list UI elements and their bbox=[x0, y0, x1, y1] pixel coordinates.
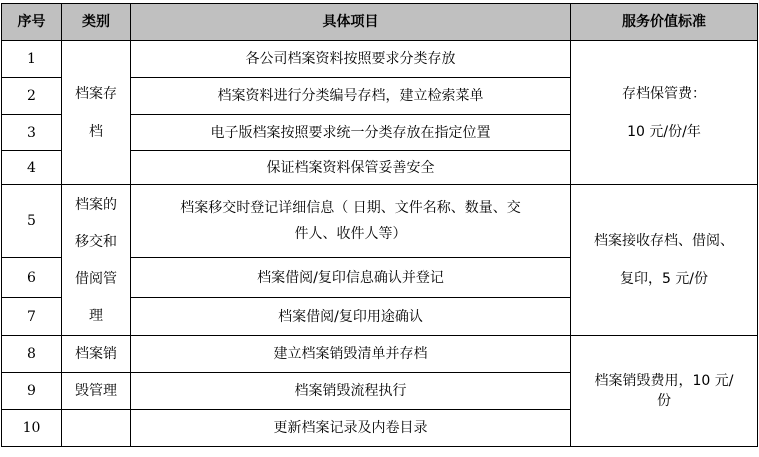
row-number: 4 bbox=[2, 151, 62, 185]
item-cell: 建立档案销毁清单并存档 bbox=[131, 336, 571, 373]
header-row: 序号 类别 具体项目 服务价值标准 bbox=[2, 4, 758, 41]
service-standards-table: 序号 类别 具体项目 服务价值标准 1 档案存 档 各公司档案资料按照要求分类存… bbox=[1, 3, 758, 447]
table-row: 8 档案销 建立档案销毁清单并存档 档案销毁费用，10 元/ 份 bbox=[2, 336, 758, 373]
row-number: 2 bbox=[2, 78, 62, 115]
category-line: 档案的 bbox=[66, 195, 126, 215]
category-line: 移交和 bbox=[66, 232, 126, 252]
standard-line: 档案接收存档、借阅、 bbox=[575, 231, 753, 251]
row-number: 1 bbox=[2, 41, 62, 78]
standard-cell-transfer-borrow: 档案接收存档、借阅、 复印，5 元/份 bbox=[571, 185, 758, 336]
standard-line: 存档保管费： bbox=[575, 84, 753, 104]
category-cell-destruction-1: 档案销 bbox=[62, 336, 131, 373]
row-number: 6 bbox=[2, 258, 62, 298]
item-cell: 档案借阅/复印信息确认并登记 bbox=[131, 258, 571, 298]
item-line: 件人、收件人等） bbox=[135, 221, 566, 247]
category-line: 借阅管 bbox=[66, 269, 126, 289]
standard-line: 10 元/份/年 bbox=[575, 122, 753, 142]
item-cell: 档案借阅/复印用途确认 bbox=[131, 298, 571, 336]
standard-cell-archiving: 存档保管费： 10 元/份/年 bbox=[571, 41, 758, 185]
item-cell: 档案移交时登记详细信息（ 日期、文件名称、数量、交 件人、收件人等） bbox=[131, 185, 571, 258]
row-number: 8 bbox=[2, 336, 62, 373]
row-number: 10 bbox=[2, 410, 62, 447]
table-row: 1 档案存 档 各公司档案资料按照要求分类存放 存档保管费： 10 元/份/年 bbox=[2, 41, 758, 78]
row-number: 5 bbox=[2, 185, 62, 258]
standard-cell-destruction: 档案销毁费用，10 元/ 份 bbox=[571, 336, 758, 447]
item-cell: 档案销毁流程执行 bbox=[131, 373, 571, 410]
item-cell: 更新档案记录及内卷目录 bbox=[131, 410, 571, 447]
item-cell: 保证档案资料保管妥善安全 bbox=[131, 151, 571, 185]
header-standard: 服务价值标准 bbox=[571, 4, 758, 41]
category-cell-archiving: 档案存 档 bbox=[62, 41, 131, 185]
standard-line: 档案销毁费用，10 元/ bbox=[575, 371, 753, 391]
row-number: 9 bbox=[2, 373, 62, 410]
row-number: 3 bbox=[2, 115, 62, 151]
item-cell: 各公司档案资料按照要求分类存放 bbox=[131, 41, 571, 78]
header-category: 类别 bbox=[62, 4, 131, 41]
category-line: 理 bbox=[66, 306, 126, 326]
header-item: 具体项目 bbox=[131, 4, 571, 41]
header-seq: 序号 bbox=[2, 4, 62, 41]
table-row: 5 档案的 移交和 借阅管 理 档案移交时登记详细信息（ 日期、文件名称、数量、… bbox=[2, 185, 758, 258]
item-cell: 电子版档案按照要求统一分类存放在指定位置 bbox=[131, 115, 571, 151]
category-line: 档 bbox=[66, 122, 126, 142]
item-cell: 档案资料进行分类编号存档，建立检索菜单 bbox=[131, 78, 571, 115]
standard-line: 复印，5 元/份 bbox=[575, 269, 753, 289]
category-cell-transfer-borrow: 档案的 移交和 借阅管 理 bbox=[62, 185, 131, 336]
category-line: 档案存 bbox=[66, 84, 126, 104]
item-line: 档案移交时登记详细信息（ 日期、文件名称、数量、交 bbox=[135, 195, 566, 221]
standard-line: 份 bbox=[575, 391, 753, 411]
category-cell-destruction-2: 毁管理 bbox=[62, 373, 131, 410]
row-number: 7 bbox=[2, 298, 62, 336]
category-cell-empty bbox=[62, 410, 131, 447]
